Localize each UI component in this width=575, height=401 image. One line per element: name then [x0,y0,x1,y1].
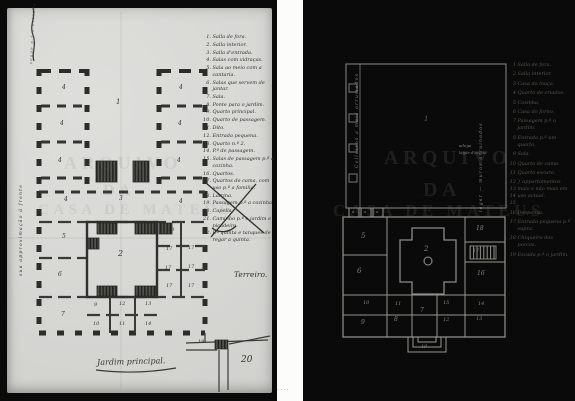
legend-item-text: Entrada p.ª um quarto. [518,135,573,149]
legend-item-text: Entrada pequena p.ª supra. [518,219,573,233]
plan-label: 14 [478,302,484,307]
legend-item-text: Salla interior. [213,42,276,49]
legend-item-text: Quarto de criados. [518,90,573,97]
plan-label: 17 [473,249,479,254]
legend-item: 6Casa do forno. [508,109,572,116]
plan-label: 17 [166,247,172,252]
legend-item: 9.Quarto principal. [203,109,275,116]
legend-item-number: 17. [203,178,211,191]
photo-gutter [277,0,303,401]
legend-item: 15.Salas de passagem p.ª a cozinha. [203,156,275,169]
legend-item: 18Chiqueiro dos porcos. [508,235,572,249]
legend-item: 8.Ponte para o jardim. [203,102,275,109]
plan-label: 10 [93,322,99,327]
legend-item: 2.Salla interior. [203,42,275,49]
legend-item-number: 3 [508,81,516,88]
watermark-da: DA [423,180,461,200]
legend-item-text: Salla de fora. [213,34,276,41]
legend-item-number: 6 [508,109,516,116]
legend-item-text: Chiqueiro dos porcos. [518,235,573,249]
legend-item-text: Salas com vidraças. [213,57,276,64]
legend-item-text: Cozinha. [518,100,573,107]
legend-item-text: Salla d'entrada. [213,50,276,57]
plan-label: 7 [61,312,65,318]
legend-item-number: 1. [203,34,211,41]
legend-item: 13.Quarto n.º 2. [203,141,275,148]
plan-label: 15 [443,301,449,306]
plan-label: 9 [94,303,97,308]
plan-label: 17 [166,284,172,289]
legend-item: 2Salla interior. [508,71,572,78]
plan-label: 12 [119,302,125,307]
plan-label: 4 [178,121,182,127]
plan-label: 4 [60,121,64,127]
watermark-arquivo: ARQUIVO [64,154,182,172]
legend-item-text: Latrina. [213,193,276,200]
plan-label: 17 [188,246,194,251]
legend-item: 18.Latrina. [203,193,275,200]
legend-item-text: Quarto de passagem. [213,117,276,124]
legend-item-text: Casa do forno. [518,109,573,116]
legend-item: 12.Entrada pequena. [203,133,275,140]
legend-item-number: 18 [508,235,516,249]
legend-item-number: 5 [508,100,516,107]
legend-item: 3.Salla d'entrada. [203,50,275,57]
plan-label: 16 [477,271,485,277]
plan-label: 5 [62,234,66,240]
legend-item-number: 2 [508,71,516,78]
legend-item: 8Entrada p.ª um quarto. [508,135,572,149]
legend-item-text: Passagem p.ª o jardim. [518,118,573,132]
photo-composite: 1.Salla de fora.2.Salla interior.3.Salla… [0,0,575,401]
legend-item-number: 11 [508,170,516,177]
legend-item-number: 15. [203,156,211,169]
right-legend: 1Salla de fora.2Salla interior.3Casa da … [508,62,572,261]
plan-label: 7 [420,308,424,314]
plan-label: 13 [145,302,151,307]
legend-item-text: Salas que servem de jantar. [213,80,276,93]
legend-item-number: 16. [203,171,211,178]
legend-item-text: Casa da louça. [518,81,573,88]
legend-item-text: Quartos de cama, com uso p.ª a familia. [213,178,276,191]
legend-item: 11Quarto escuro. [508,170,572,177]
legend-item: 17Entrada pequena p.ª supra. [508,219,572,233]
legend-item: 4Quarto de criados. [508,90,572,97]
legend-item: 5Cozinha. [508,100,572,107]
legend-item: 4.Salas com vidraças. [203,57,275,64]
legend-item-number: 11. [203,125,211,132]
legend-item-number: 4 [508,90,516,97]
margin-note-celleiros: Celleiros e mais arrumados [356,73,361,168]
legend-item-number: 13. [203,141,211,148]
legend-item: 1Salla de fora. [508,62,572,69]
legend-item-text: Escada p.ª o jardim. [518,252,573,259]
legend-item: 22.P.ª quinta e tanques de regar a quint… [203,230,275,243]
plan-label: 4 [179,85,183,91]
legend-item-text: Quartos. [213,171,276,178]
legend-item: 17.Quartos de cama, com uso p.ª a famili… [203,178,275,191]
legend-item-text: Salla interior. [518,71,573,78]
legend-item-number: 8. [203,102,211,109]
plan-label: 5 [361,233,365,240]
plan-label: 1 [424,116,428,123]
legend-item-number: 19 [508,252,516,259]
plan-label: 6 [58,272,62,278]
legend-item-text: Sala ao meio com a cantaria. [213,65,276,78]
legend-item-number: 22. [203,230,211,243]
plan-label: 19 [421,345,427,350]
plan-label: 17 [165,266,171,271]
garden-channel-number: 20 [241,356,252,365]
margin-note-left-edge: sua approximação á frente [20,184,25,276]
plan-label: 11 [119,322,125,327]
plan-label: 11 [395,302,401,307]
plan-label: 4 [62,85,66,91]
legend-item-number: 18. [203,193,211,200]
plan-label: 18 [168,228,174,233]
legend-item-text: Quarto principal. [213,109,276,116]
gutter-dots: · · · · · · [271,388,288,393]
legend-item-number: 7. [203,94,211,101]
legend-item-number: 14. [203,148,211,155]
legend-item: 10Quarto de cama. [508,161,572,168]
legend-item: 7.Sala. [203,94,275,101]
legend-item-number: 9. [203,109,211,116]
legend-item: 5.Sala ao meio com a cantaria. [203,65,275,78]
legend-item: 11.Dito. [203,125,275,132]
legend-item-number: 2. [203,42,211,49]
plan-label: 2 [118,250,123,258]
legend-item: 6.Salas que servem de jantar. [203,80,275,93]
legend-item-number: 5. [203,65,211,78]
plan-label: 17 [188,284,194,289]
plan-label: 2 [424,246,428,253]
legend-item-number: 3. [203,50,211,57]
legend-item-text: Entrada pequena. [213,133,276,140]
legend-item: 3Casa da louça. [508,81,572,88]
legend-item: 9Sala. [508,151,572,158]
legend-item-text: Dito. [213,125,276,132]
legend-item-text: Quarto n.º 2. [213,141,276,148]
plan-label: 14 [145,322,151,327]
legend-item-number: 17 [508,219,516,233]
plan-label: 8 [394,317,398,323]
legend-item: 10.Quarto de passagem. [203,117,275,124]
legend-item: 19Escada p.ª o jardim. [508,252,572,259]
watermark-da: DA [103,183,135,199]
plan-label: 6 [357,268,361,275]
legend-item-text: Quarto de cama. [518,161,573,168]
watermark-arquivo: ARQUIVO [384,148,512,168]
legend-item-text: Sala. [213,94,276,101]
legend-item: 16.Quartos. [203,171,275,178]
legend-item-number: 4. [203,57,211,64]
caption-terreiro: Terreiro. [234,271,267,279]
plan-label: 13 [476,317,482,322]
legend-item-text: Quarto escuro. [518,170,573,177]
legend-item: 1.Salla de fora. [203,34,275,41]
plan-label: 4 [58,158,62,164]
watermark-casa-de-mateus: CASA DE MATEUS [38,203,232,218]
legend-item-text: Salla de fora. [518,62,573,69]
plan-label: 1 [116,99,120,106]
legend-item-number: 6. [203,80,211,93]
plan-label: 19 [198,340,204,345]
legend-item-number: 10. [203,117,211,124]
plan-label: 12 [443,318,449,323]
legend-item-number: 1 [508,62,516,69]
plan-label: 10 [363,301,369,306]
legend-item-text: P.ª quinta e tanques de regar a quinta. [213,230,276,243]
legend-item-text: Ponte para o jardim. [213,102,276,109]
plan-label: 17 [188,265,194,270]
legend-item: 14.P.ª de passagem. [203,148,275,155]
legend-item: 7Passagem p.ª o jardim. [508,118,572,132]
legend-item-text: Salas de passagem p.ª a cozinha. [213,156,276,169]
plan-label: 9 [361,320,365,326]
legend-item-text: P.ª de passagem. [213,148,276,155]
watermark-casa-de-mateus: CASA DE MATEUS [333,202,545,219]
legend-item-number: 7 [508,118,516,132]
plan-label: 18 [476,226,484,232]
legend-item-text: Sala. [518,151,573,158]
legend-item-number: 12. [203,133,211,140]
